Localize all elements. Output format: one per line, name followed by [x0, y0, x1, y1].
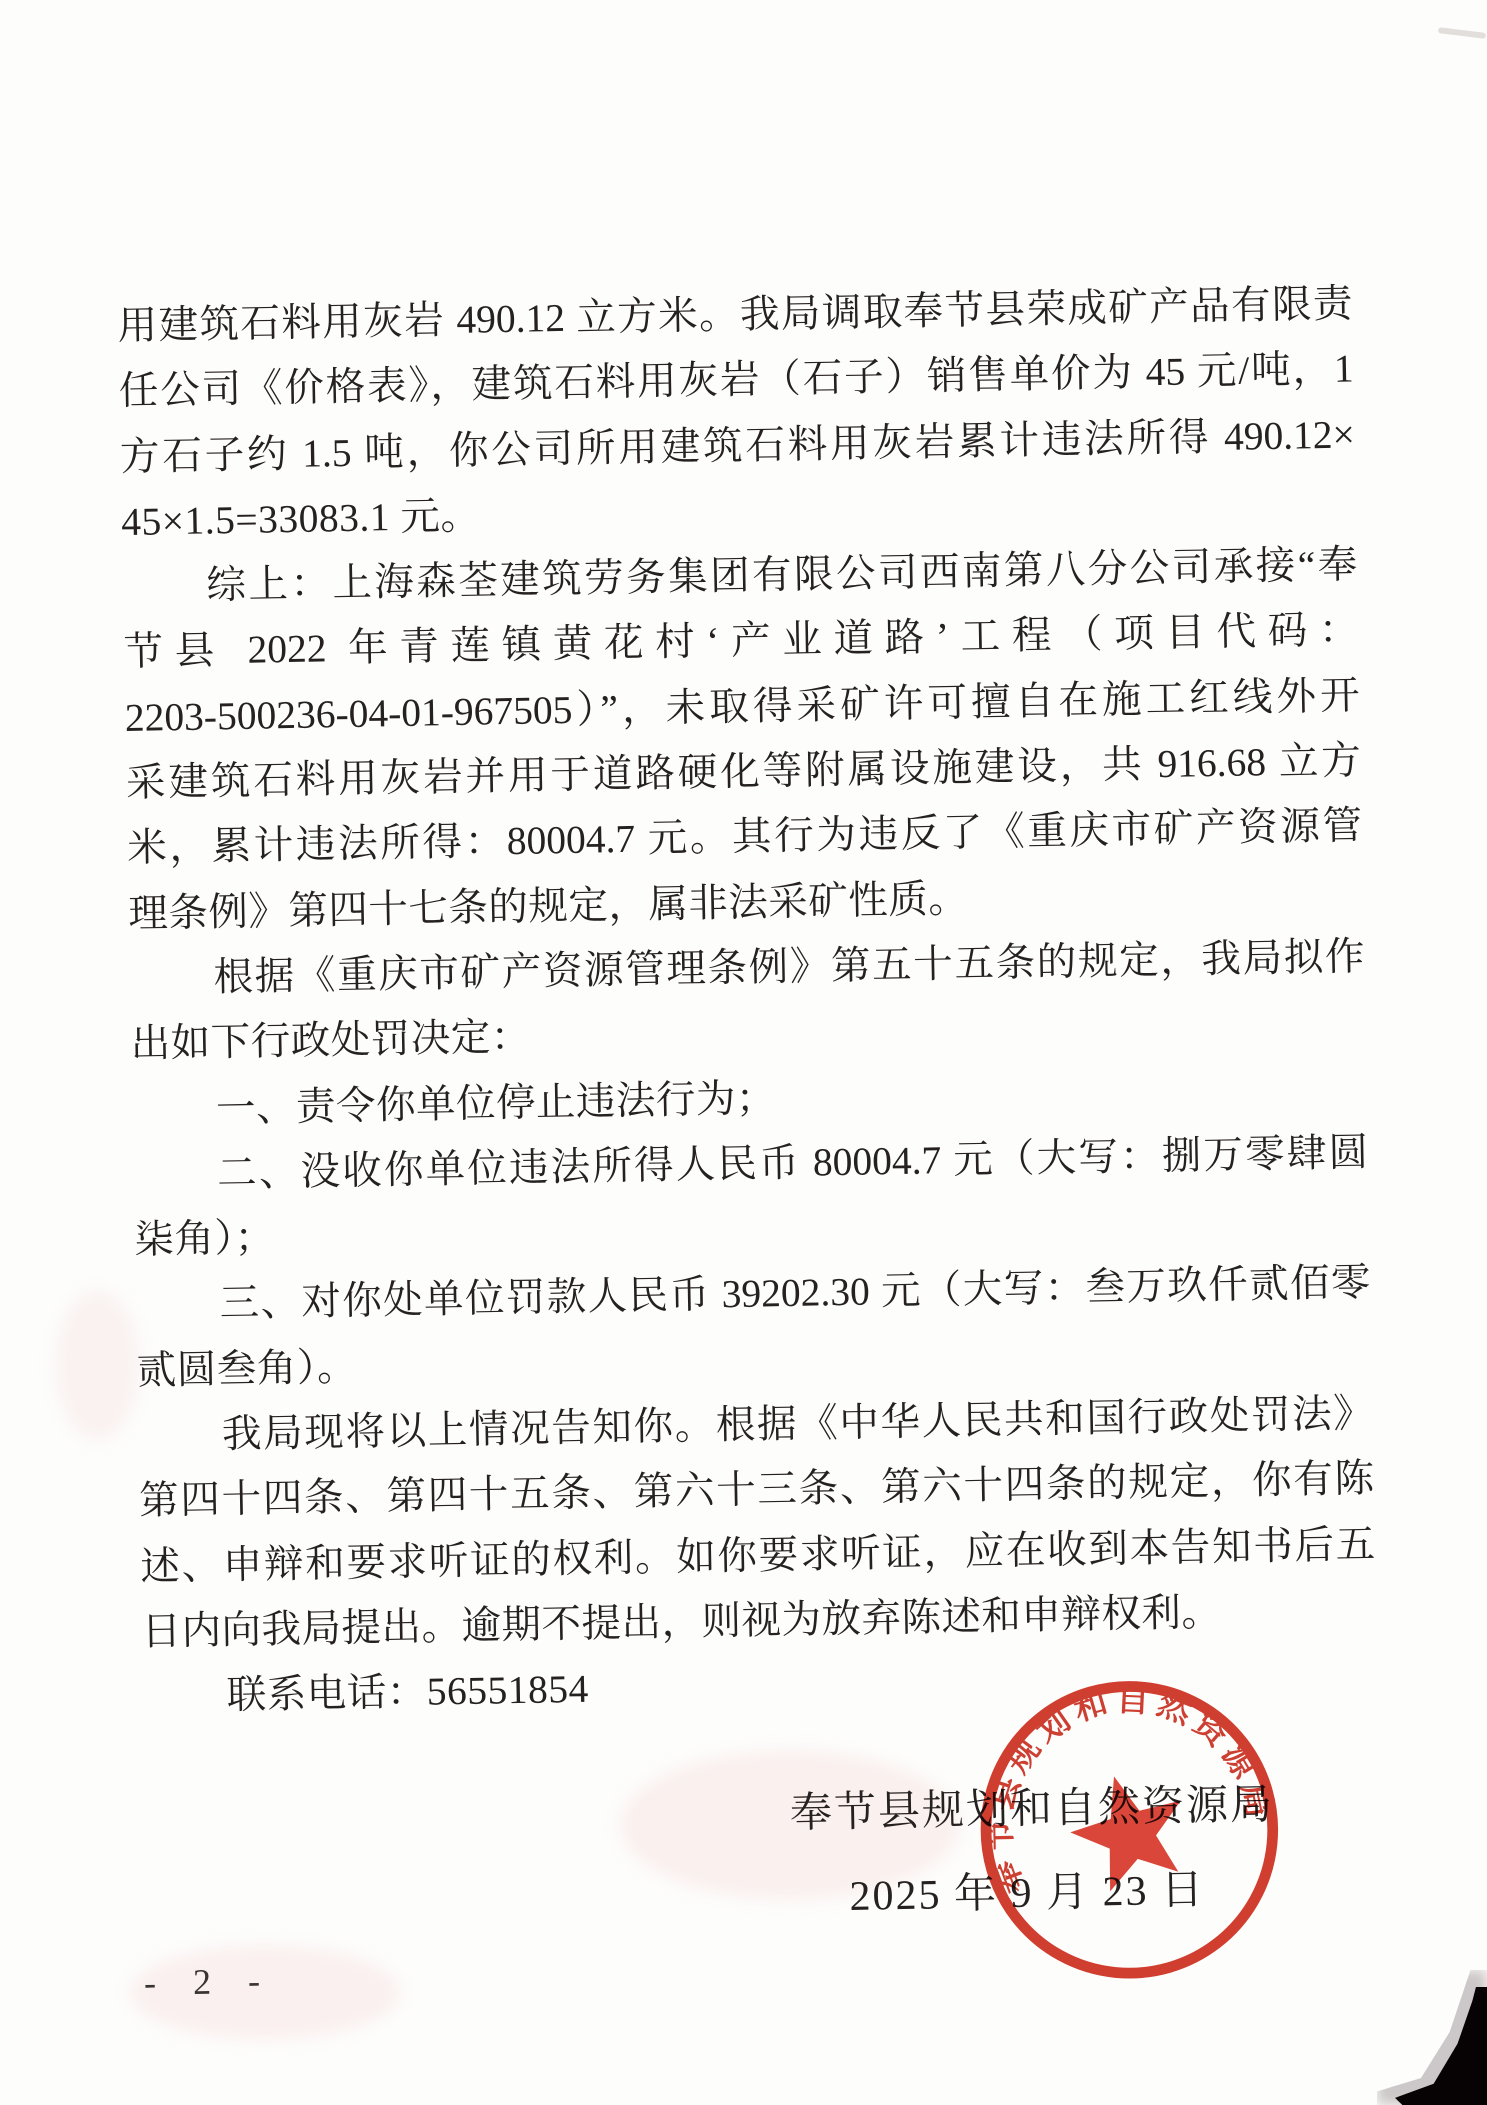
body-text: 用建筑石料用灰岩 490.12 立方米。我局调取奉节县荣成矿产品有限责任公司《价… — [117, 271, 1378, 1730]
document-content: 用建筑石料用灰岩 490.12 立方米。我局调取奉节县荣成矿产品有限责任公司《价… — [0, 0, 1487, 2105]
page-number: - 2 - — [144, 1960, 275, 2004]
star-icon — [1059, 1761, 1200, 1898]
scanned-document-page: 用建筑石料用灰岩 490.12 立方米。我局调取奉节县荣成矿产品有限责任公司《价… — [0, 0, 1487, 2105]
